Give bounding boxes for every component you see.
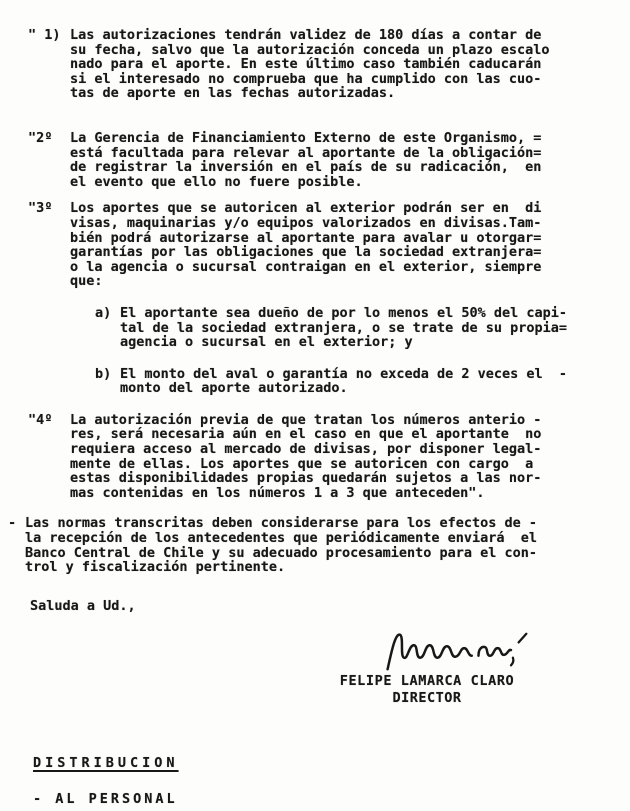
distribution-heading: DISTRIBUCION [33, 756, 179, 771]
salutation: Saluda a Ud., [30, 599, 630, 614]
signature-block: FELIPE LAMARCA CLARO DIRECTOR [322, 629, 532, 705]
clause-4: "4º La autorización previa de que tratan… [28, 413, 630, 501]
subitem-b-text: El monto del aval o garantía no exceda d… [120, 367, 567, 396]
subitem-a-letter: a) [95, 306, 120, 350]
signatory-title: DIRECTOR [322, 691, 532, 706]
signature-scribble-icon [380, 629, 532, 673]
subitem-b-letter: b) [95, 367, 120, 396]
clause-4-text: La autorización previa de que tratan los… [70, 413, 541, 501]
clause-2: "2º La Gerencia de Financiamiento Extern… [28, 131, 630, 189]
scanned-letter-page: " 1) Las autorizaciones tendrán validez … [0, 0, 630, 811]
closing-note-dash: - [8, 516, 25, 574]
clause-4-number: "4º [28, 413, 70, 501]
clause-2-text: La Gerencia de Financiamiento Externo de… [70, 131, 541, 189]
signatory-name: FELIPE LAMARCA CLARO [322, 674, 532, 689]
clause-1: " 1) Las autorizaciones tendrán validez … [28, 28, 630, 101]
distribution-section: DISTRIBUCION - AL PERSONAL [33, 756, 630, 807]
clause-2-number: "2º [28, 131, 70, 189]
distribution-item-personal: - AL PERSONAL [33, 792, 630, 807]
closing-note-text: Las normas transcritas deben considerars… [25, 516, 537, 574]
clause-1-text: Las autorizaciones tendrán validez de 18… [70, 28, 550, 101]
clause-3: "3º Los aportes que se autoricen al exte… [28, 201, 630, 289]
clause-3-subitem-b: b) El monto del aval o garantía no exced… [95, 367, 630, 396]
clause-3-text: Los aportes que se autoricen al exterior… [70, 201, 541, 289]
subitem-a-text: El aportante sea dueño de por lo menos e… [120, 306, 567, 350]
clause-1-number: " 1) [28, 28, 70, 101]
closing-note: - Las normas transcritas deben considera… [8, 516, 630, 574]
clause-3-number: "3º [28, 201, 70, 289]
clause-3-subitem-a: a) El aportante sea dueño de por lo meno… [95, 306, 630, 350]
